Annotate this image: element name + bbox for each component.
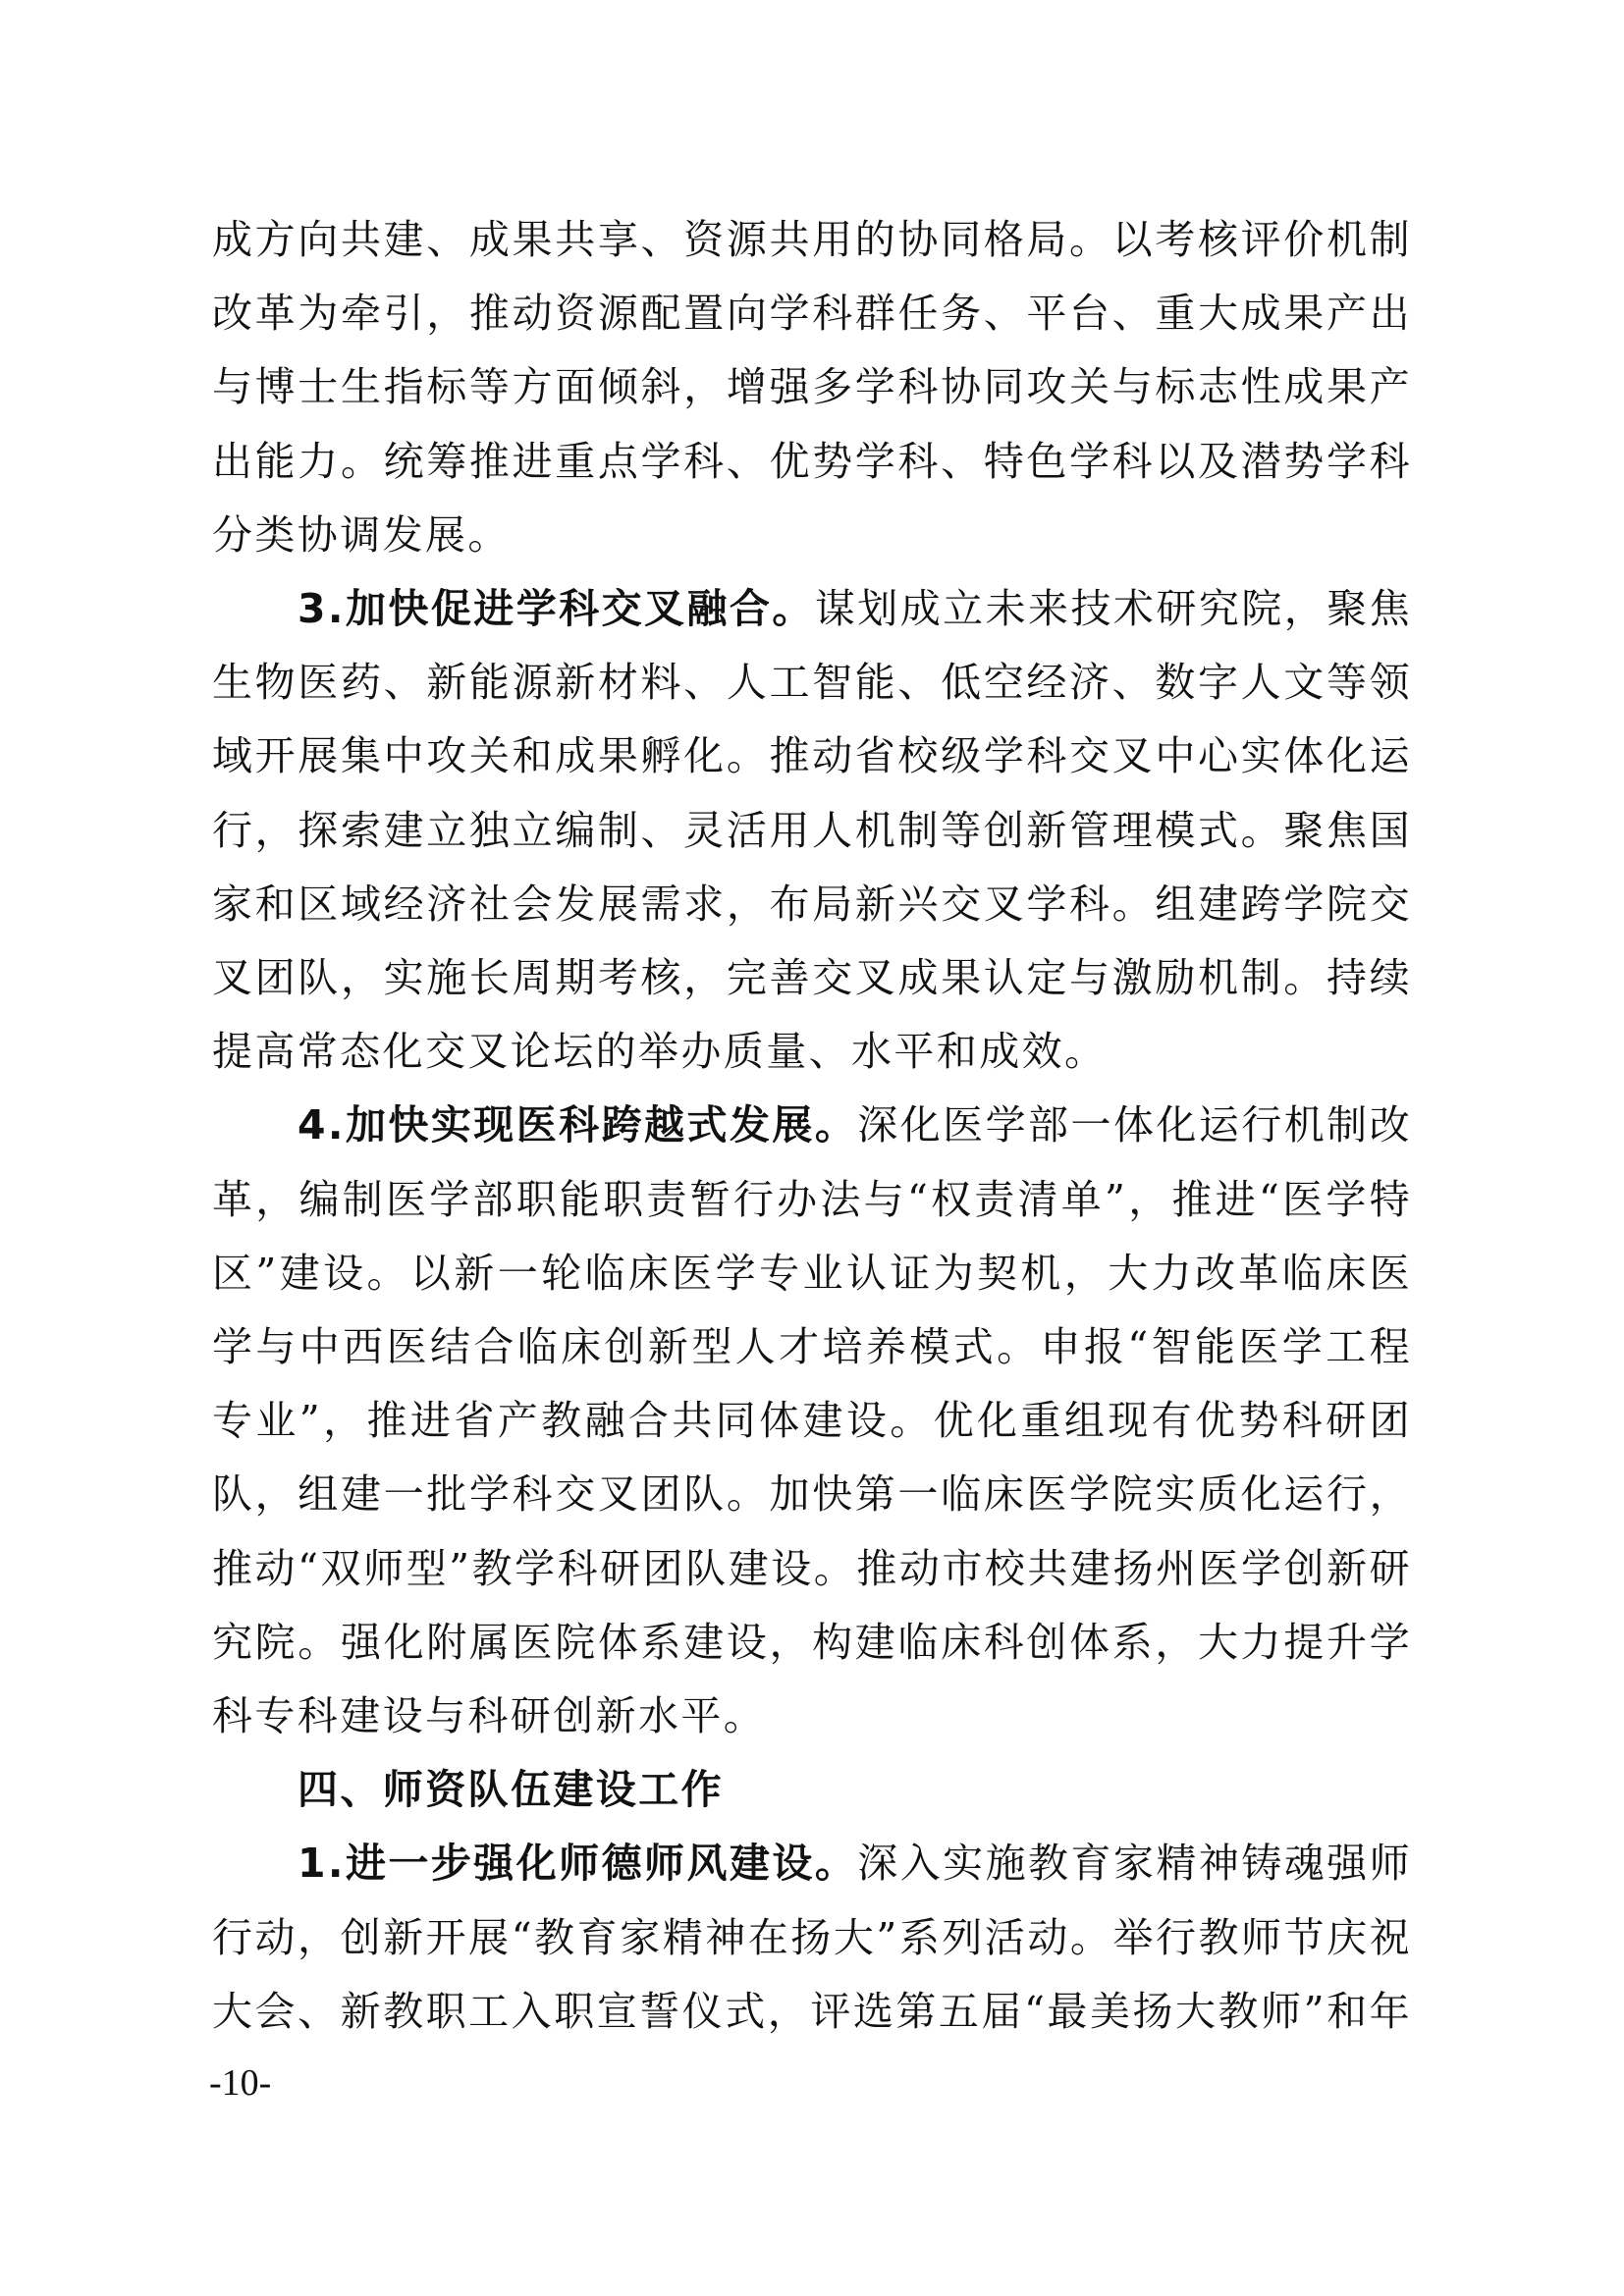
text-line: 行，探索建立独立编制、灵活用人机制等创新管理模式。聚焦国 <box>212 794 1412 868</box>
text-line: 科专科建设与科研创新水平。 <box>212 1680 1412 1753</box>
paragraph-lead-heading: 4.加快实现医科跨越式发展。 <box>298 1101 857 1148</box>
text-line: 分类协调发展。 <box>212 499 1412 572</box>
document-page: 成方向共建、成果共享、资源共用的协同格局。以考核评价机制 改革为牵引，推动资源配… <box>0 0 1624 2296</box>
text-line: 4.加快实现医科跨越式发展。深化医学部一体化运行机制改 <box>212 1089 1412 1162</box>
text-line: 大会、新教职工入职宣誓仪式，评选第五届“最美扬大教师”和年 <box>212 1975 1412 2049</box>
section-heading-text: 四、师资队伍建设工作 <box>212 1753 1412 1827</box>
text-segment: 深化医学部一体化运行机制改 <box>857 1101 1412 1148</box>
text-line: 行动，创新开展“教育家精神在扬大”系列活动。举行教师节庆祝 <box>212 1901 1412 1975</box>
text-line: 出能力。统筹推进重点学科、优势学科、特色学科以及潜势学科 <box>212 425 1412 499</box>
text-segment: 深入实施教育家精神铸魂强师 <box>857 1840 1412 1887</box>
paragraph-lead-heading: 3.加快促进学科交叉融合。 <box>298 585 815 632</box>
text-line: 家和区域经济社会发展需求，布局新兴交叉学科。组建跨学院交 <box>212 868 1412 941</box>
text-line: 改革为牵引，推动资源配置向学科群任务、平台、重大成果产出 <box>212 277 1412 350</box>
text-line: 专业”，推进省产教融合共同体建设。优化重组现有优势科研团 <box>212 1384 1412 1458</box>
text-line: 成方向共建、成果共享、资源共用的协同格局。以考核评价机制 <box>212 203 1412 277</box>
section-heading: 四、师资队伍建设工作 <box>212 1753 1412 1827</box>
text-line: 1.进一步强化师德师风建设。深入实施教育家精神铸魂强师 <box>212 1827 1412 1900</box>
paragraph-item-3: 3.加快促进学科交叉融合。谋划成立未来技术研究院，聚焦 生物医药、新能源新材料、… <box>212 572 1412 1089</box>
text-line: 与博士生指标等方面倾斜，增强多学科协同攻关与标志性成果产 <box>212 350 1412 424</box>
text-line: 推动“双师型”教学科研团队建设。推动市校共建扬州医学创新研 <box>212 1532 1412 1606</box>
paragraph-lead-heading: 1.进一步强化师德师风建设。 <box>298 1840 857 1887</box>
paragraph-item-4: 4.加快实现医科跨越式发展。深化医学部一体化运行机制改 革，编制医学部职能职责暂… <box>212 1089 1412 1753</box>
text-line: 队，组建一批学科交叉团队。加快第一临床医学院实质化运行， <box>212 1458 1412 1531</box>
text-line: 革，编制医学部职能职责暂行办法与“权责清单”，推进“医学特 <box>212 1163 1412 1237</box>
text-line: 生物医药、新能源新材料、人工智能、低空经济、数字人文等领 <box>212 646 1412 720</box>
text-line: 叉团队，实施长周期考核，完善交叉成果认定与激励机制。持续 <box>212 941 1412 1015</box>
text-line: 究院。强化附属医院体系建设，构建临床科创体系，大力提升学 <box>212 1606 1412 1680</box>
text-segment: 谋划成立未来技术研究院，聚焦 <box>815 585 1412 632</box>
paragraph-continued: 成方向共建、成果共享、资源共用的协同格局。以考核评价机制 改革为牵引，推动资源配… <box>212 203 1412 572</box>
text-line: 提高常态化交叉论坛的举办质量、水平和成效。 <box>212 1015 1412 1089</box>
text-line: 区”建设。以新一轮临床医学专业认证为契机，大力改革临床医 <box>212 1237 1412 1310</box>
page-body: 成方向共建、成果共享、资源共用的协同格局。以考核评价机制 改革为牵引，推动资源配… <box>212 203 1412 2049</box>
paragraph-item-1: 1.进一步强化师德师风建设。深入实施教育家精神铸魂强师 行动，创新开展“教育家精… <box>212 1827 1412 2049</box>
page-number: -10- <box>209 2061 271 2105</box>
text-line: 域开展集中攻关和成果孵化。推动省校级学科交叉中心实体化运 <box>212 720 1412 793</box>
text-line: 学与中西医结合临床创新型人才培养模式。申报“智能医学工程 <box>212 1310 1412 1384</box>
text-line: 3.加快促进学科交叉融合。谋划成立未来技术研究院，聚焦 <box>212 572 1412 646</box>
